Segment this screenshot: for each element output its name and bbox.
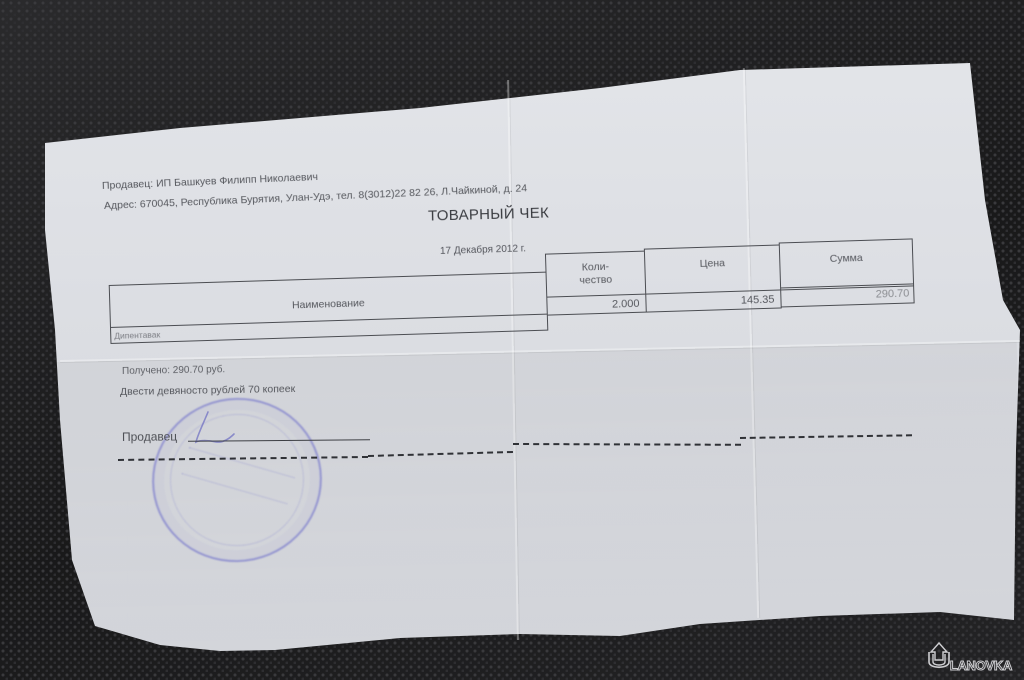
cut-line (513, 443, 741, 446)
watermark-text: LANOVKA (950, 659, 1012, 672)
table-cell-quantity: 2.000 (546, 294, 647, 316)
column-header-quantity: Коли- чество (545, 251, 646, 298)
column-header-sum: Сумма (779, 238, 914, 290)
received-amount: Получено: 290.70 руб. (122, 364, 225, 377)
cut-line (740, 434, 912, 439)
table-cell-sum: 290.70 (780, 283, 915, 307)
amount-in-words: Двести девяносто рублей 70 копеек (120, 383, 295, 398)
cut-line (368, 451, 513, 457)
sales-receipt: Продавец: ИП Башкуев Филипп Николаевич А… (0, 0, 1024, 680)
column-header-price: Цена (644, 244, 781, 294)
items-table: Наименование Коли- чество Цена Сумма 2.0… (108, 237, 916, 342)
table-cell-price: 145.35 (645, 289, 782, 312)
ulanovka-logo-icon (926, 642, 952, 672)
watermark: LANOVKA (926, 642, 1012, 672)
seller-info: Продавец: ИП Башкуев Филипп Николаевич (102, 171, 318, 192)
receipt-title: ТОВАРНЫЙ ЧЕК (428, 204, 549, 224)
seller-signature-label: Продавец (122, 429, 177, 444)
